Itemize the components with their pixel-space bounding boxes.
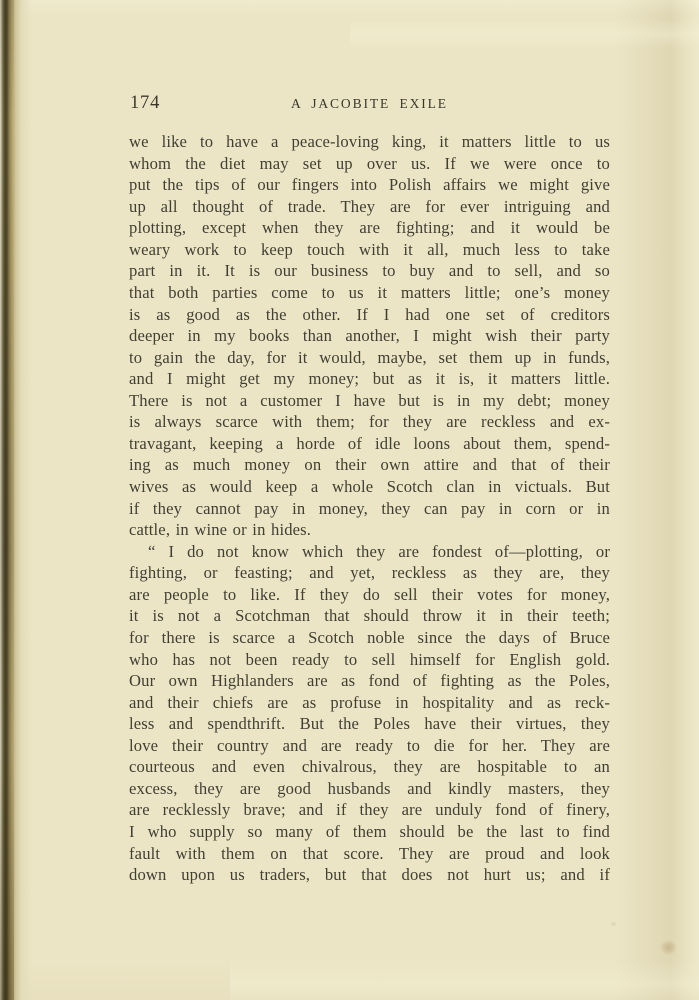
scan-light-band-top <box>350 20 699 48</box>
text-line: “ I do not know which they are fondest o… <box>129 541 610 563</box>
text-line: for there is scarce a Scotch noble since… <box>129 627 610 649</box>
text-line: wives as would keep a whole Scotch clan … <box>129 476 610 498</box>
scanned-book-page: 174 A JACOBITE EXILE we like to have a p… <box>0 0 699 1000</box>
text-line: put the tips of our fingers into Polish … <box>129 174 610 196</box>
text-line: fighting, or feasting; and yet, reckless… <box>129 562 610 584</box>
text-line: weary work to keep touch with it all, mu… <box>129 239 610 261</box>
text-line: fault with them on that score. They are … <box>129 843 610 865</box>
scan-light-band-bottom <box>230 960 699 1000</box>
text-line: who has not been ready to sell himself f… <box>129 649 610 671</box>
text-line: love their country and are ready to die … <box>129 735 610 757</box>
text-line: Our own Highlanders are as fond of fight… <box>129 670 610 692</box>
text-line: deeper in my books than another, I might… <box>129 325 610 347</box>
text-line: plotting, except when they are fighting;… <box>129 217 610 239</box>
text-block: we like to have a peace-loving king, it … <box>129 131 610 886</box>
binding-edge-shadow <box>0 0 14 1000</box>
text-line: cattle, in wine or in hides. <box>129 519 610 541</box>
text-line: that both parties come to us it matters … <box>129 282 610 304</box>
text-line: are recklessly brave; and if they are un… <box>129 799 610 821</box>
text-line: part in it. It is our business to buy an… <box>129 260 610 282</box>
text-line: is as good as the other. If I had one se… <box>129 304 610 326</box>
paragraph: we like to have a peace-loving king, it … <box>129 131 610 541</box>
text-line: I who supply so many of them should be t… <box>129 821 610 843</box>
text-line: we like to have a peace-loving king, it … <box>129 131 610 153</box>
paper-speck <box>610 921 617 927</box>
text-line: There is not a customer I have but is in… <box>129 390 610 412</box>
text-line: less and spendthrift. But the Poles have… <box>129 713 610 735</box>
text-line: it is not a Scotchman that should throw … <box>129 605 610 627</box>
text-line: up all thought of trade. They are for ev… <box>129 196 610 218</box>
text-line: excess, they are good husbands and kindl… <box>129 778 610 800</box>
text-line: down upon us traders, but that does not … <box>129 864 610 886</box>
text-line: to gain the day, for it would, maybe, se… <box>129 347 610 369</box>
foxing-spot <box>660 940 677 955</box>
text-line: is always scarce with them; for they are… <box>129 411 610 433</box>
text-line: and their chiefs are as profuse in hospi… <box>129 692 610 714</box>
text-line: if they cannot pay in money, they can pa… <box>129 498 610 520</box>
page-header: 174 A JACOBITE EXILE <box>129 93 610 115</box>
text-line: travagant, keeping a horde of idle loons… <box>129 433 610 455</box>
text-line: are people to like. If they do sell thei… <box>129 584 610 606</box>
running-title: A JACOBITE EXILE <box>129 96 610 112</box>
paragraph: “ I do not know which they are fondest o… <box>129 541 610 886</box>
text-line: ing as much money on their own attire an… <box>129 454 610 476</box>
text-line: and I might get my money; but as it is, … <box>129 368 610 390</box>
text-line: whom the diet may set up over us. If we … <box>129 153 610 175</box>
text-line: courteous and even chivalrous, they are … <box>129 756 610 778</box>
